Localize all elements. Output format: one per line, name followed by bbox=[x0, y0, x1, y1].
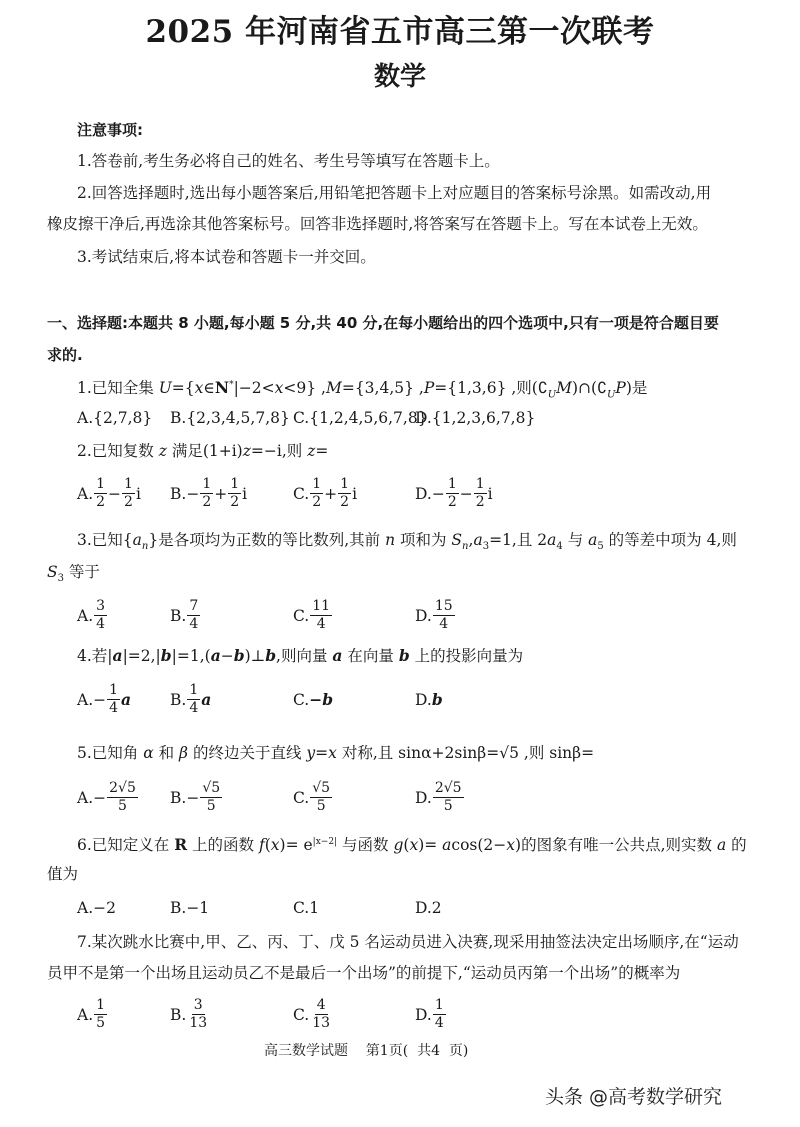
question-5-option-b: B.− √55 bbox=[170, 780, 223, 815]
notice-item-2: 2.回答选择题时,选出每小题答案后,用铅笔把答题卡上对应题目的答案标号涂黑。如需… bbox=[77, 183, 711, 203]
section-heading: 一、选择题:本题共 8 小题,每小题 5 分,共 40 分,在每小题给出的四个选… bbox=[47, 313, 719, 333]
question-2-stem: 2.已知复数 z 满足(1+i)z=−i,则 z= bbox=[77, 441, 328, 461]
question-7-option-b: B. 313 bbox=[170, 997, 210, 1032]
question-6-option-d: D.2 bbox=[415, 898, 442, 918]
question-5-stem: 5.已知角 α 和 β 的终边关于直线 y=x 对称,且 sinα+2sinβ=… bbox=[77, 743, 594, 763]
question-4-option-a: A.− 14 a bbox=[77, 682, 131, 717]
question-5-option-c: C. √55 bbox=[293, 780, 333, 815]
question-2-option-c: C. 12 + 12 i bbox=[293, 476, 357, 511]
exam-subject: 数学 bbox=[0, 56, 800, 93]
exam-page: 2025 年河南省五市高三第一次联考 数学 注意事项: 1.答卷前,考生务必将自… bbox=[0, 0, 800, 1127]
question-3-stem: 3.已知{an}是各项均为正数的等比数列,其前 n 项和为 Sn,a3=1,且 … bbox=[77, 530, 737, 557]
notice-heading: 注意事项: bbox=[77, 120, 143, 140]
question-6-stem: 6.已知定义在 R 上的函数 f(x)= e|x−2| 与函数 g(x)= ac… bbox=[77, 832, 747, 855]
question-4-option-d: D.b bbox=[415, 690, 443, 710]
question-1-stem: 1.已知全集 U={x∈N*|−2<x<9} ,M={3,4,5} ,P={1,… bbox=[77, 375, 647, 405]
question-3-stem-cont: S3 等于 bbox=[47, 562, 100, 589]
question-3-option-d: D. 154 bbox=[415, 598, 456, 633]
question-2-option-b: B.− 12 + 12 i bbox=[170, 476, 247, 511]
question-6-option-c: C.1 bbox=[293, 898, 319, 918]
question-7-option-d: D. 14 bbox=[415, 997, 447, 1032]
notice-item-1: 1.答卷前,考生务必将自己的姓名、考生号等填写在答题卡上。 bbox=[77, 151, 500, 171]
section-heading-cont: 求的. bbox=[47, 345, 83, 365]
question-6-stem-cont: 值为 bbox=[47, 864, 78, 884]
notice-item-2-cont: 橡皮擦干净后,再选涂其他答案标号。回答非选择题时,将答案写在答题卡上。写在本试卷… bbox=[47, 214, 708, 234]
question-4-stem: 4.若|a|=2,|b|=1,(a−b)⊥b,则向量 a 在向量 b 上的投影向… bbox=[77, 646, 523, 666]
question-2-option-d: D.− 12 − 12 i bbox=[415, 476, 493, 511]
question-7-stem-cont: 员甲不是第一个出场且运动员乙不是最后一个出场”的前提下,“运动员丙第一个出场”的… bbox=[47, 963, 680, 983]
question-3-option-c: C. 114 bbox=[293, 598, 333, 633]
question-1-option-d: D.{1,2,3,6,7,8} bbox=[415, 408, 535, 428]
question-7-stem: 7.某次跳水比赛中,甲、乙、丙、丁、戊 5 名运动员进入决赛,现采用抽签法决定出… bbox=[77, 932, 739, 952]
question-5-option-d: D. 2√55 bbox=[415, 780, 465, 815]
question-2-option-a: A. 12 − 12 i bbox=[77, 476, 141, 511]
watermark: 头条 @高考数学研究 bbox=[545, 1082, 722, 1109]
question-5-option-a: A.− 2√55 bbox=[77, 780, 139, 815]
question-7-option-a: A. 15 bbox=[77, 997, 108, 1032]
question-3-option-a: A. 34 bbox=[77, 598, 108, 633]
question-1-option-c: C.{1,2,4,5,6,7,8} bbox=[293, 408, 428, 428]
question-6-option-b: B.−1 bbox=[170, 898, 209, 918]
exam-title: 2025 年河南省五市高三第一次联考 bbox=[0, 6, 800, 51]
question-6-option-a: A.−2 bbox=[77, 898, 116, 918]
page-footer: 高三数学试题 第1页( 共4 页) bbox=[264, 1040, 468, 1060]
notice-item-3: 3.考试结束后,将本试卷和答题卡一并交回。 bbox=[77, 247, 376, 267]
question-3-option-b: B. 74 bbox=[170, 598, 201, 633]
question-4-option-c: C.−b bbox=[293, 690, 333, 710]
question-7-option-c: C. 413 bbox=[293, 997, 333, 1032]
question-1-option-b: B.{2,3,4,5,7,8} bbox=[170, 408, 290, 428]
question-1-option-a: A.{2,7,8} bbox=[77, 408, 152, 428]
question-4-option-b: B. 14 a bbox=[170, 682, 211, 717]
